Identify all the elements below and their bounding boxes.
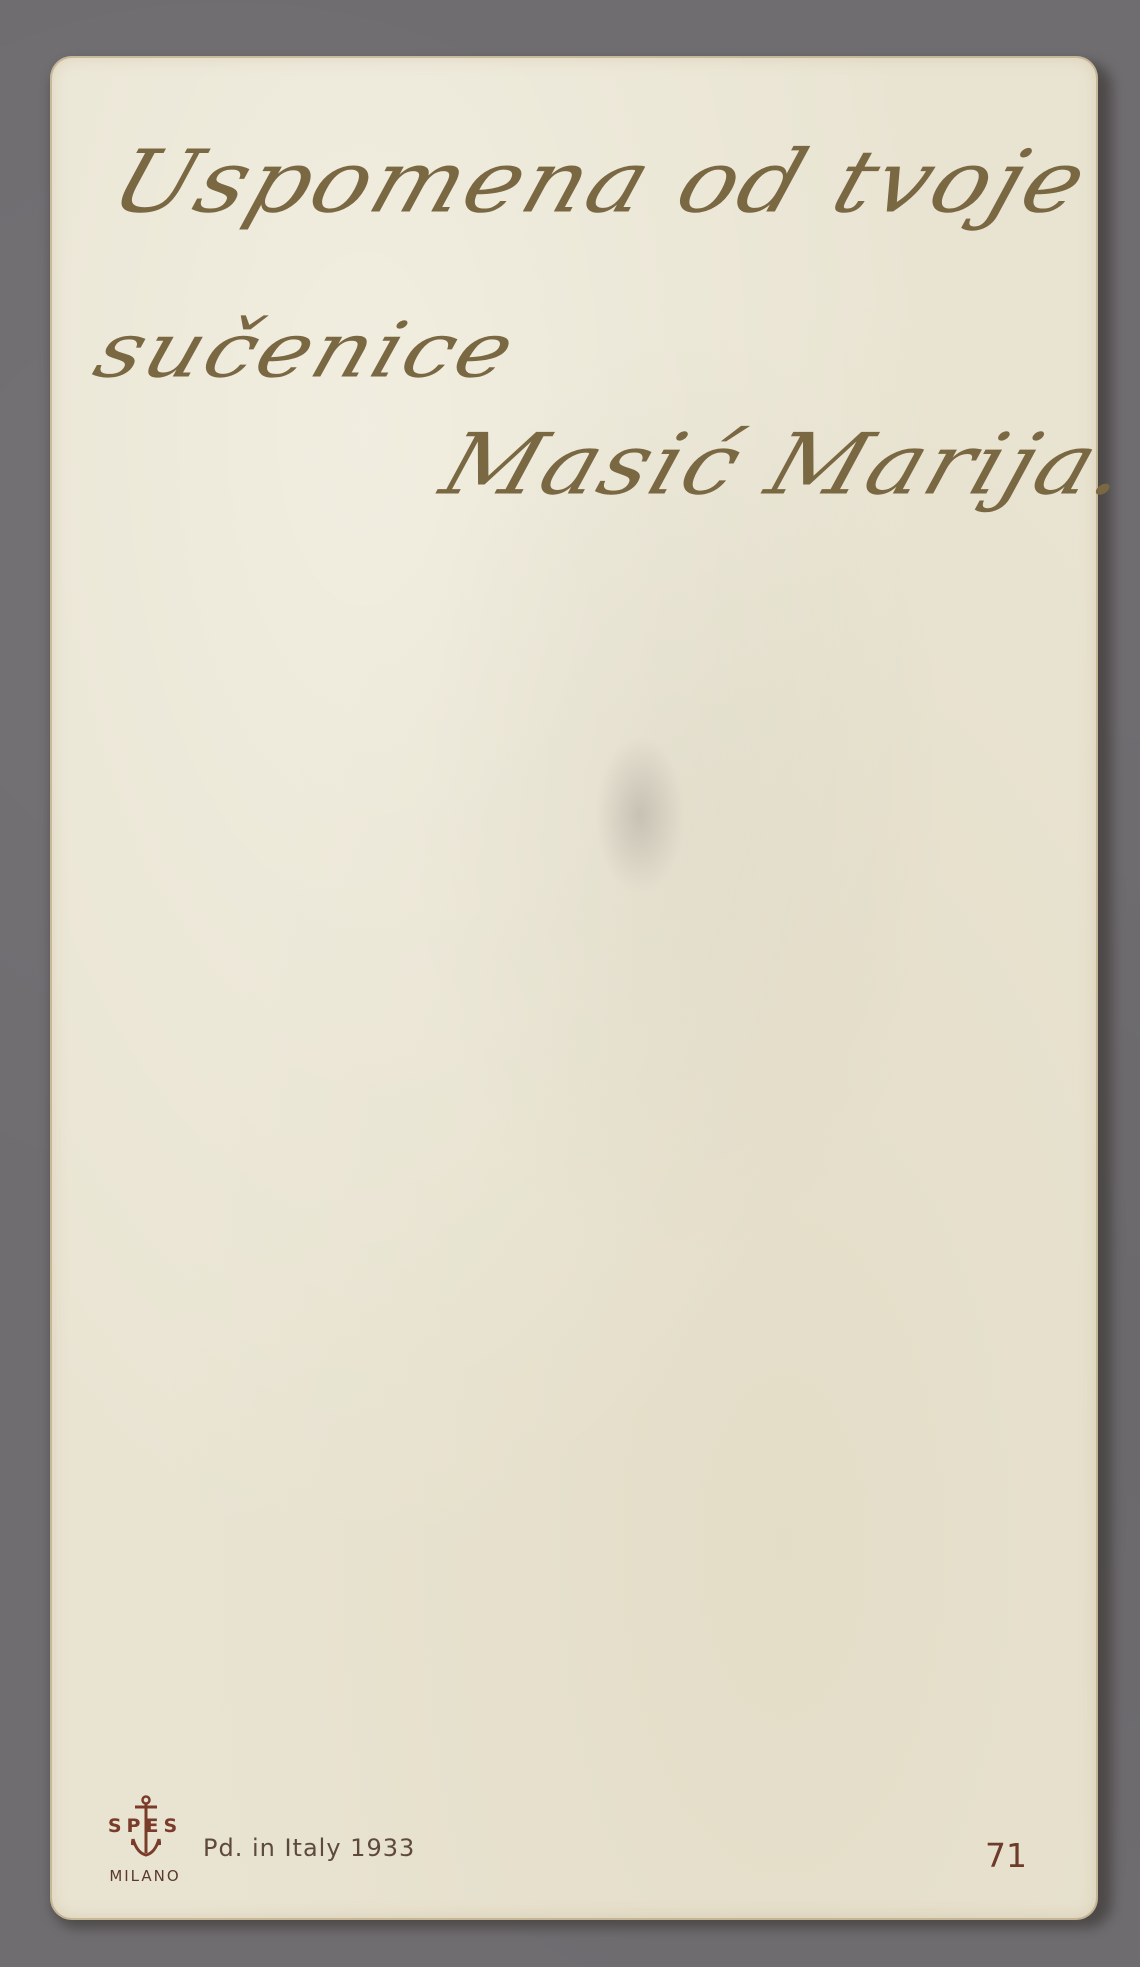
pencil-smudge: [595, 735, 685, 895]
publisher-city: MILANO: [95, 1867, 195, 1885]
publisher-logo: SPES MILANO: [95, 1795, 195, 1885]
publisher-name: SPES: [95, 1815, 195, 1837]
handwritten-line-1: Uspomena od tvoje: [100, 131, 1101, 232]
handwritten-signature: Masić Marija.: [430, 416, 1140, 514]
card-number: 71: [985, 1836, 1027, 1875]
handwritten-line-2: sučenice: [84, 306, 527, 395]
print-imprint: Pd. in Italy 1933: [203, 1834, 415, 1862]
